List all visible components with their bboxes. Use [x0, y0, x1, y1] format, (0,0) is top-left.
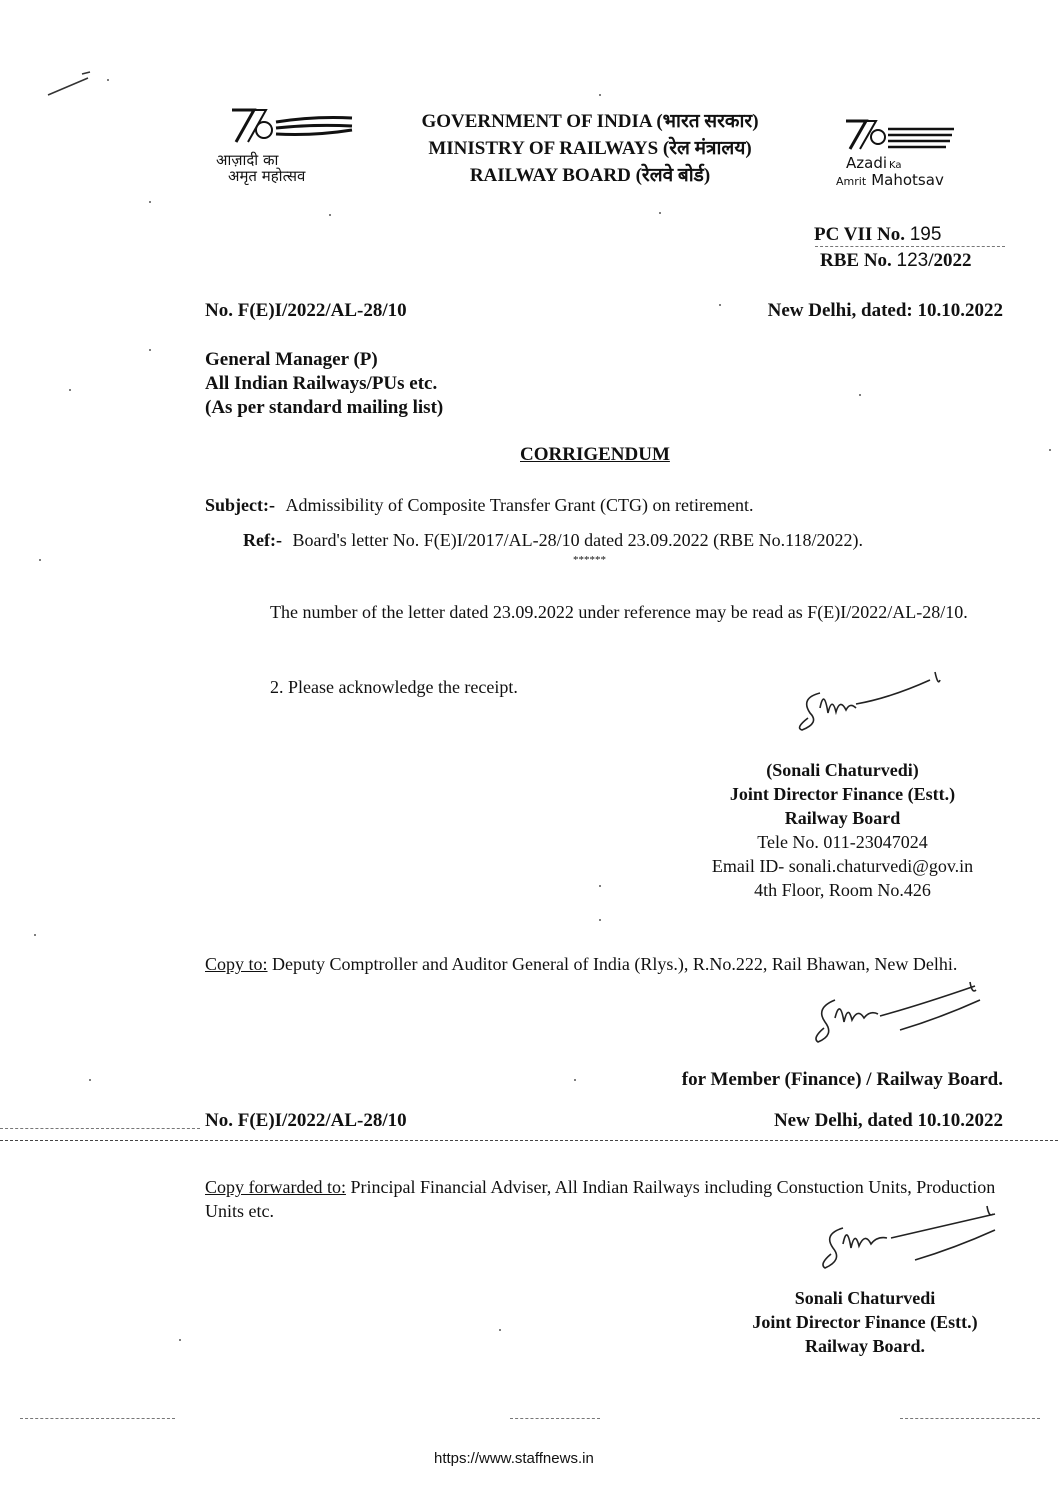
for-member-finance: for Member (Finance) / Railway Board. [682, 1067, 1003, 1092]
signatory-name: (Sonali Chaturvedi) [670, 758, 1015, 782]
addressee-line: (As per standard mailing list) [205, 396, 443, 420]
seventy-five-flag-icon [836, 115, 976, 151]
subject-label: Subject:- [205, 495, 275, 515]
signatory-designation: Joint Director Finance (Estt.) [670, 782, 1015, 806]
signature [815, 1200, 1015, 1275]
logo-left-line2: अमृत महोत्सव [228, 168, 372, 184]
addressee-line: All Indian Railways/PUs etc. [205, 372, 443, 396]
copy-to: Copy to: Deputy Comptroller and Auditor … [205, 950, 1005, 978]
logo-right-mahotsav: Mahotsav [871, 171, 944, 189]
subject-text: Admissibility of Composite Transfer Gran… [286, 495, 754, 515]
pc-number: 195 [910, 224, 942, 245]
letterhead-line1: GOVERNMENT OF INDIA (भारत सरकार) [380, 108, 800, 135]
logo-right-amrit: Amrit [836, 175, 866, 188]
seventy-five-flag-icon [214, 102, 372, 147]
rbe-year: /2022 [928, 250, 971, 271]
signatory-office: Railway Board [670, 806, 1015, 830]
pc-label: PC VII No. [814, 224, 905, 245]
document-title: CORRIGENDUM [520, 444, 670, 466]
divider-line [0, 1140, 1058, 1141]
copy-forwarded-label: Copy forwarded to: [205, 1177, 346, 1197]
second-letter-number: No. F(E)I/2022/AL-28/10 [205, 1108, 407, 1133]
paragraph-2: 2. Please acknowledge the receipt. [270, 675, 518, 700]
signatory-room: 4th Floor, Room No.426 [670, 878, 1015, 902]
letter-number: No. F(E)I/2022/AL-28/10 [205, 298, 407, 323]
logo-right-ka: Ka [889, 160, 902, 171]
footer-url[interactable]: https://www.staffnews.in [434, 1450, 594, 1467]
logo-left-line1: आज़ादी का [216, 152, 372, 168]
signatory-designation: Joint Director Finance (Estt.) [725, 1310, 1005, 1334]
addressee: General Manager (P) All Indian Railways/… [205, 348, 443, 420]
addressee-line: General Manager (P) [205, 348, 443, 372]
letterhead-line3: RAILWAY BOARD (रेलवे बोर्ड) [380, 162, 800, 189]
signatory-tele: Tele No. 011-23047024 [670, 830, 1015, 854]
rbe-label: RBE No. [820, 250, 892, 271]
rbe-number: 123 [897, 250, 929, 271]
reference-numbers: PC VII No. 195 RBE No. 123/2022 [814, 222, 972, 274]
second-place-date: New Delhi, dated 10.10.2022 [774, 1108, 1003, 1133]
signature [790, 668, 950, 738]
copy-to-label: Copy to: [205, 954, 268, 974]
signature [810, 980, 1000, 1050]
paragraph-1: The number of the letter dated 23.09.202… [205, 600, 1005, 625]
ref-text: Board's letter No. F(E)I/2017/AL-28/10 d… [292, 530, 863, 550]
letterhead: GOVERNMENT OF INDIA (भारत सरकार) MINISTR… [380, 108, 800, 189]
signatory-block-2: Sonali Chaturvedi Joint Director Finance… [725, 1286, 1005, 1358]
subject-line: Subject:- Admissibility of Composite Tra… [205, 493, 753, 518]
ref-label: Ref:- [243, 530, 282, 550]
letter-place-date: New Delhi, dated: 10.10.2022 [768, 298, 1003, 323]
signatory-office: Railway Board. [725, 1334, 1005, 1358]
signatory-email: Email ID- sonali.chaturvedi@gov.in [670, 854, 1015, 878]
copy-to-text: Deputy Comptroller and Auditor General o… [268, 954, 958, 974]
reference-line: Ref:- Board's letter No. F(E)I/2017/AL-2… [243, 528, 863, 553]
signatory-name: Sonali Chaturvedi [725, 1286, 1005, 1310]
azadi-ka-amrit-mahotsav-logo-left: आज़ादी का अमृत महोत्सव [214, 102, 372, 182]
azadi-ka-amrit-mahotsav-logo-right: AzadiKa Amrit Mahotsav [836, 115, 976, 185]
separator: ****** [573, 554, 606, 566]
signatory-block: (Sonali Chaturvedi) Joint Director Finan… [670, 758, 1015, 902]
letterhead-line2: MINISTRY OF RAILWAYS (रेल मंत्रालय) [380, 135, 800, 162]
